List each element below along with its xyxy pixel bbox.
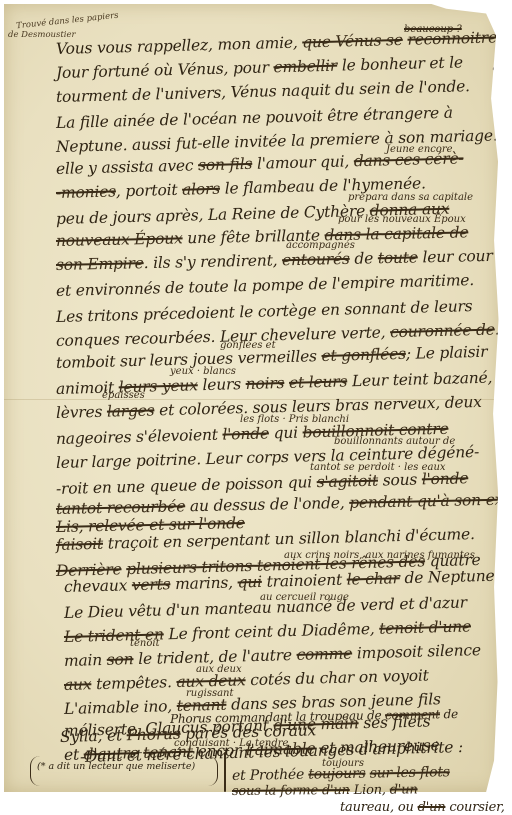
footnote-text: (* a dit un lecteur que meliserte) bbox=[37, 761, 195, 772]
insertion: tenoit bbox=[130, 638, 160, 649]
manuscript-page: Trouvé dans les papiers de Desmoustier b… bbox=[4, 4, 501, 792]
manuscript-line: sous la forme d'un Lion, d'un bbox=[232, 782, 418, 799]
manuscript-line: Jour fortuné où Vénus, pour embellir le … bbox=[56, 53, 463, 82]
manuscript-line: tourment de l'univers, Vénus naquit du s… bbox=[56, 77, 470, 106]
manuscript-line: et environnés de toute la pompe de l'emp… bbox=[56, 271, 474, 300]
manuscript-line: son Empire. ils s'y rendirent, entourés … bbox=[56, 247, 493, 274]
manuscript-line: aux tempêtes. aux deux cotés du char on … bbox=[64, 666, 429, 694]
manuscript-line: Le trident en Le front ceint du Diadême,… bbox=[64, 617, 471, 646]
insertion: épaisses bbox=[102, 390, 145, 401]
manuscript-line: nouveaux Époux une fête brillante dans l… bbox=[56, 223, 469, 250]
footnote-bracket: (* a dit un lecteur que meliserte) bbox=[30, 756, 218, 786]
manuscript-line: Le Dieu vêtu d'un manteau nuancé de verd… bbox=[64, 593, 467, 622]
bracket-divider bbox=[224, 752, 226, 792]
header-note-line2: de Desmoustier bbox=[8, 30, 76, 40]
manuscript-line: La fille ainée de l'océan ne pouvoit êtr… bbox=[56, 104, 453, 132]
manuscript-line: main son le trident, de l'autre comme im… bbox=[64, 641, 481, 670]
header-note-line1: Trouvé dans les papiers bbox=[16, 11, 119, 32]
margin-mark: % bbox=[492, 66, 502, 77]
manuscript-line: Les tritons précedoient le cortège en so… bbox=[56, 297, 473, 326]
